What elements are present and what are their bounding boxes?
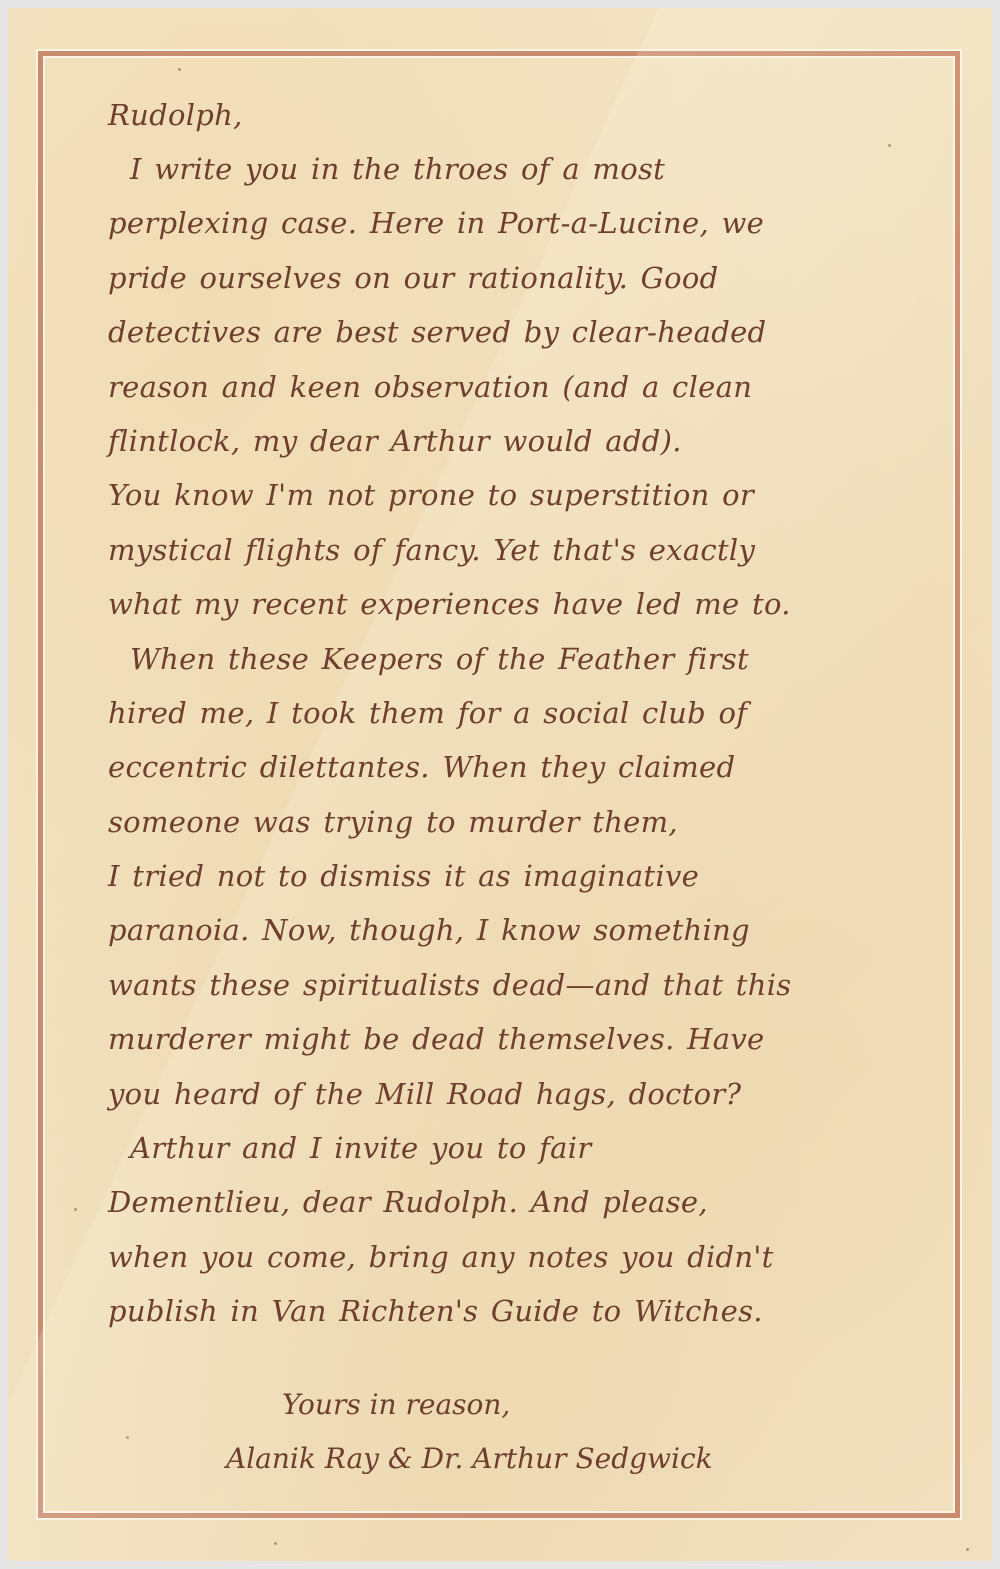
letter-line: murderer might be dead themselves. Have bbox=[108, 1012, 888, 1066]
salutation: Rudolph, bbox=[108, 88, 888, 142]
letter-line: I write you in the throes of a most bbox=[108, 142, 888, 196]
letter-line: when you come, bring any notes you didn'… bbox=[108, 1230, 888, 1284]
letter-line: someone was trying to murder them, bbox=[108, 795, 888, 849]
letter-line: Arthur and I invite you to fair bbox=[108, 1121, 888, 1175]
closing: Yours in reason, bbox=[282, 1388, 510, 1421]
paper-speck bbox=[274, 1542, 277, 1545]
letter-line: you heard of the Mill Road hags, doctor? bbox=[108, 1067, 888, 1121]
letter-line: eccentric dilettantes. When they claimed bbox=[108, 740, 888, 794]
letter-line: wants these spiritualists dead—and that … bbox=[108, 958, 888, 1012]
paper-speck bbox=[966, 1548, 969, 1551]
letter-line: mystical flights of fancy. Yet that's ex… bbox=[108, 523, 888, 577]
letter-line: I tried not to dismiss it as imaginative bbox=[108, 849, 888, 903]
signature: Alanik Ray & Dr. Arthur Sedgwick bbox=[226, 1442, 713, 1475]
letter-line: When these Keepers of the Feather first bbox=[108, 632, 888, 686]
letter-line: reason and keen observation (and a clean bbox=[108, 360, 888, 414]
letter-body: Rudolph, I write you in the throes of a … bbox=[108, 88, 888, 1339]
letter-line: You know I'm not prone to superstition o… bbox=[108, 468, 888, 522]
letter-line: flintlock, my dear Arthur would add). bbox=[108, 414, 888, 468]
letter-line: perplexing case. Here in Port-a-Lucine, … bbox=[108, 196, 888, 250]
letter-line: pride ourselves on our rationality. Good bbox=[108, 251, 888, 305]
letter-line: what my recent experiences have led me t… bbox=[108, 577, 888, 631]
letter-line: publish in Van Richten's Guide to Witche… bbox=[108, 1284, 888, 1338]
letter-line: paranoia. Now, though, I know something bbox=[108, 903, 888, 957]
letter-line: Dementlieu, dear Rudolph. And please, bbox=[108, 1175, 888, 1229]
paper-speck bbox=[126, 1436, 129, 1439]
paper-speck bbox=[888, 144, 891, 147]
letter-line: hired me, I took them for a social club … bbox=[108, 686, 888, 740]
letter-line: detectives are best served by clear-head… bbox=[108, 305, 888, 359]
paper-speck bbox=[74, 1208, 77, 1211]
paper-speck bbox=[178, 68, 181, 71]
